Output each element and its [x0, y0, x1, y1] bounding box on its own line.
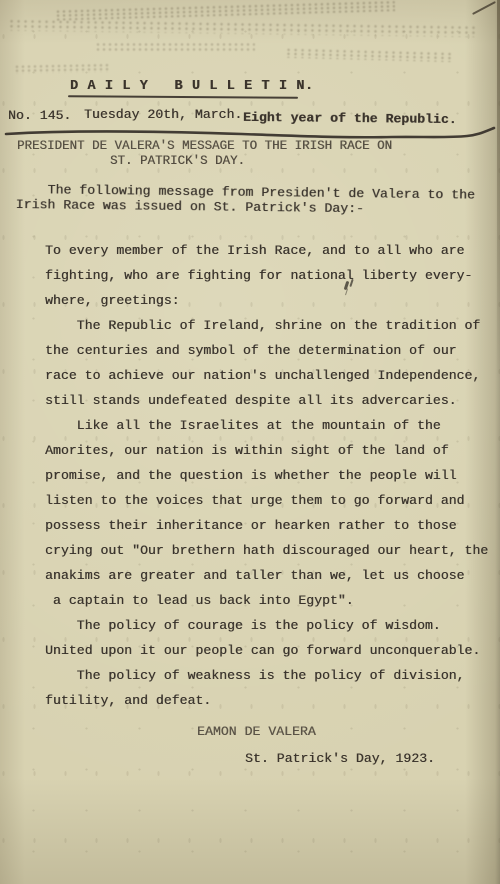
issue-number: No. 145. — [8, 108, 71, 123]
message-line: United upon it our people can go forward… — [45, 638, 495, 663]
message-line: still stands undefeated despite all its … — [45, 388, 495, 413]
intro-paragraph: The following message from Presiden't de… — [16, 182, 475, 218]
smudge-band — [14, 63, 109, 74]
signature-name: EAMON DE VALERA — [197, 724, 316, 739]
smudge-band — [95, 42, 255, 51]
message-line: the centuries and symbol of the determin… — [45, 338, 495, 363]
smudge-band — [8, 19, 478, 38]
message-line: promise, and the question is whether the… — [45, 463, 495, 488]
signature-date: St. Patrick's Day, 1923. — [245, 751, 435, 766]
masthead-title: D A I L Y B U L L E T I N. — [70, 79, 314, 94]
message-line: a captain to lead us back into Egypt". — [45, 588, 495, 613]
message-line: Amorites, our nation is within sight of … — [45, 438, 495, 463]
message-line: To every member of the Irish Race, and t… — [45, 238, 495, 263]
message-line: Like all the Israelites at the mountain … — [45, 413, 495, 438]
message-line: listen to the voices that urge them to g… — [45, 488, 495, 513]
message-line: The policy of weakness is the policy of … — [45, 663, 495, 688]
document-page: D A I L Y B U L L E T I N. No. 145. Tues… — [0, 0, 500, 884]
message-line: crying out "Our brethern hath discourage… — [45, 538, 495, 563]
corner-mark — [472, 1, 496, 15]
message-line: The Republic of Ireland, shrine on the t… — [45, 313, 495, 338]
message-line: where, greetings: — [45, 288, 495, 313]
heading-line-2: ST. PATRICK'S DAY. — [110, 154, 245, 168]
smudge-band — [285, 48, 455, 62]
issue-date: Tuesday 20th, March. — [84, 107, 242, 122]
smudge-band — [55, 0, 395, 20]
message-line: futility, and defeat. — [45, 688, 495, 713]
message-line: anakims are greater and taller than we, … — [45, 563, 495, 588]
message-line: possess their inheritance or hearken rat… — [45, 513, 495, 538]
message-line: The policy of courage is the policy of w… — [45, 613, 495, 638]
message-line: fighting, who are fighting for national … — [45, 263, 495, 288]
heading-line-1: PRESIDENT DE VALERA'S MESSAGE TO THE IRI… — [17, 139, 392, 153]
message-body: To every member of the Irish Race, and t… — [45, 238, 495, 713]
message-line: race to achieve our nation's unchallenge… — [45, 363, 495, 388]
masthead-title-underline — [68, 95, 298, 99]
